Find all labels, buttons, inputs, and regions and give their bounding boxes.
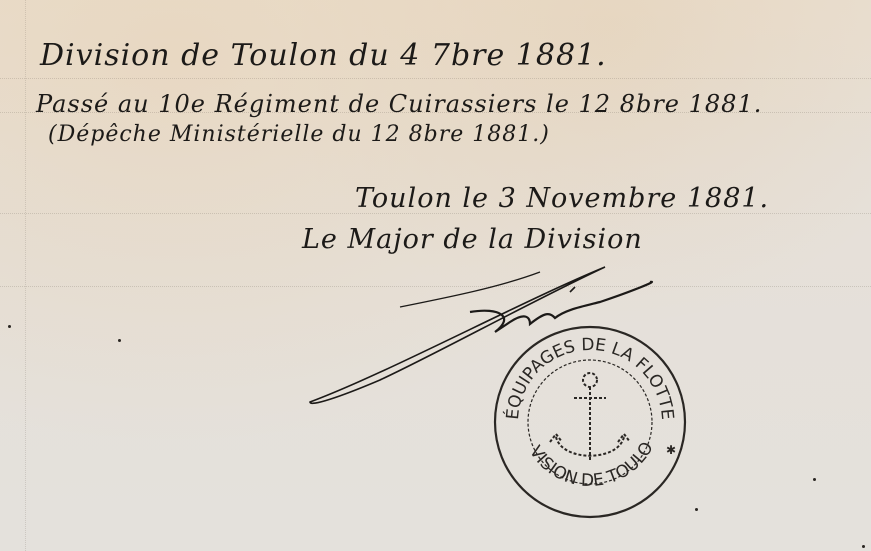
svg-text:✱: ✱ [666, 443, 676, 457]
margin-line [25, 0, 26, 551]
transfer-line: Passé au 10e Régiment de Cuirassiers le … [36, 90, 762, 118]
ruled-line [0, 78, 871, 79]
anchor-icon [550, 373, 630, 460]
ink-speck [8, 325, 11, 328]
dispatch-line: (Dépêche Ministérielle du 12 8bre 1881.) [48, 122, 550, 147]
signatory-title: Le Major de la Division [302, 224, 643, 255]
ink-speck [118, 339, 121, 342]
official-stamp: ÉQUIPAGES DE LA FLOTTE DIVISION DE TOULO… [490, 322, 690, 522]
document-heading: Division de Toulon du 4 7bre 1881. [40, 38, 607, 73]
place-date-line: Toulon le 3 Novembre 1881. [355, 183, 769, 214]
ink-speck [813, 478, 816, 481]
ink-speck [695, 508, 698, 511]
ink-speck [862, 545, 865, 548]
document-page: Division de Toulon du 4 7bre 1881. Passé… [0, 0, 871, 551]
